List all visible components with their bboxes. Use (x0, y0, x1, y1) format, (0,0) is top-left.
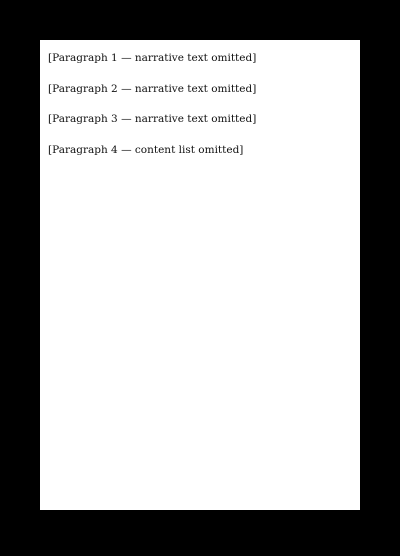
text-panel: [Paragraph 1 — narrative text omitted] [… (40, 40, 360, 510)
paragraph-3: [Paragraph 3 — narrative text omitted] (48, 111, 352, 128)
paragraph-4: [Paragraph 4 — content list omitted] (48, 142, 352, 159)
paragraph-2: [Paragraph 2 — narrative text omitted] (48, 81, 352, 98)
paragraph-1: [Paragraph 1 — narrative text omitted] (48, 50, 352, 67)
